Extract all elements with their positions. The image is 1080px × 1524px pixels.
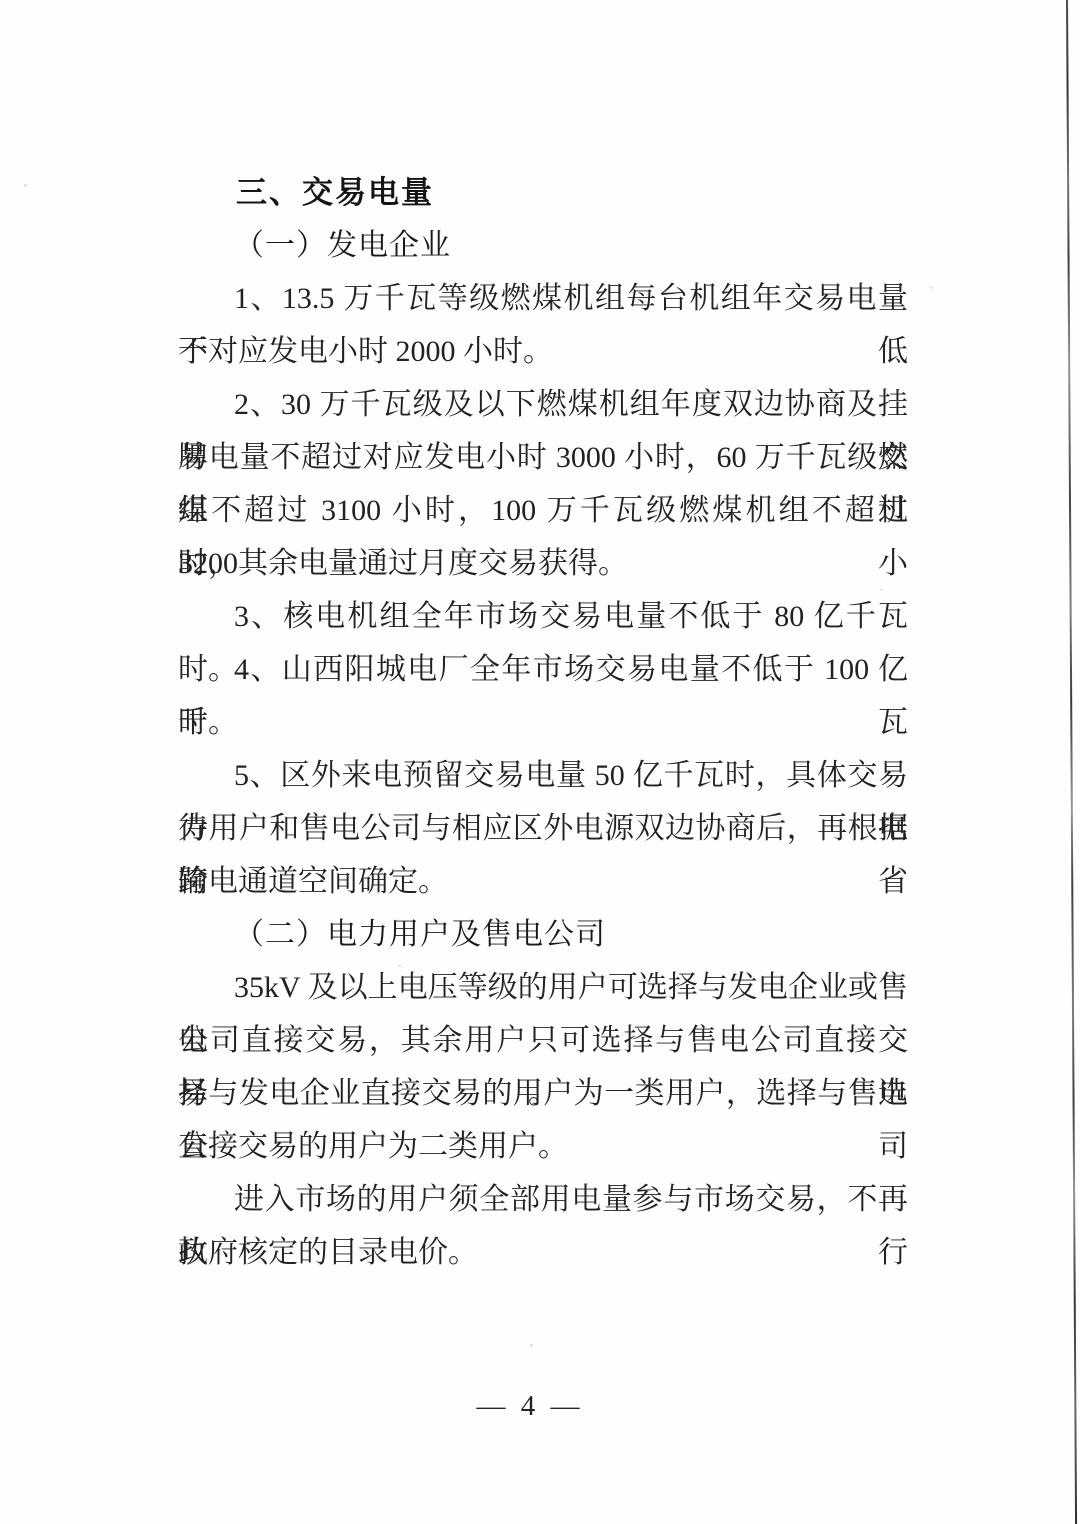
- scan-noise-speck: [396, 440, 399, 443]
- paragraph-line: 组不超过 3100 小时，100 万千瓦级燃煤机组不超过 3200 小: [178, 484, 908, 537]
- paragraph-line: 2、30 万千瓦级及以下燃煤机组年度双边协商及挂牌交: [178, 378, 908, 431]
- paragraph-line: 5、区外来电预留交易电量 50 亿千瓦时，具体交易待电: [178, 749, 908, 802]
- paragraph-line: 择与发电企业直接交易的用户为一类用户，选择与售电公司: [178, 1067, 908, 1120]
- paragraph-line: 35kV 及以上电压等级的用户可选择与发电企业或售电: [178, 961, 908, 1014]
- paragraph-line: 1、13.5 万千瓦等级燃煤机组每台机组年交易电量不低: [178, 272, 908, 325]
- scan-noise-speck: [530, 1344, 533, 1347]
- paragraph-line: 力用户和售电公司与相应区外电源双边协商后，再根据跨省: [178, 802, 908, 855]
- scan-noise-speck: [880, 588, 883, 591]
- page-number: — 4 —: [0, 1390, 1060, 1423]
- scan-artifact-line: [1066, 0, 1077, 1524]
- paragraph-line: 公司直接交易，其余用户只可选择与售电公司直接交易。选: [178, 1014, 908, 1067]
- scanned-document-page: 三、交易电量 （一）发电企业1、13.5 万千瓦等级燃煤机组每台机组年交易电量不…: [0, 0, 1080, 1524]
- scan-noise-speck: [398, 964, 401, 967]
- scan-noise-speck: [24, 184, 27, 187]
- document-body: 三、交易电量 （一）发电企业1、13.5 万千瓦等级燃煤机组每台机组年交易电量不…: [178, 166, 908, 1279]
- paragraph-line: 3、核电机组全年市场交易电量不低于 80 亿千瓦时。: [178, 590, 908, 643]
- section-heading: 三、交易电量: [178, 166, 908, 219]
- paragraph-line: 进入市场的用户须全部用电量参与市场交易，不再执行: [178, 1173, 908, 1226]
- paragraph-line: 4、山西阳城电厂全年市场交易电量不低于 100 亿千瓦: [178, 643, 908, 696]
- paragraph-line: 易电量不超过对应发电小时 3000 小时，60 万千瓦级燃煤机: [178, 431, 908, 484]
- section-subheading: （二）电力用户及售电公司: [178, 908, 908, 961]
- scan-noise-speck: [930, 286, 933, 289]
- section-subheading: （一）发电企业: [178, 219, 908, 272]
